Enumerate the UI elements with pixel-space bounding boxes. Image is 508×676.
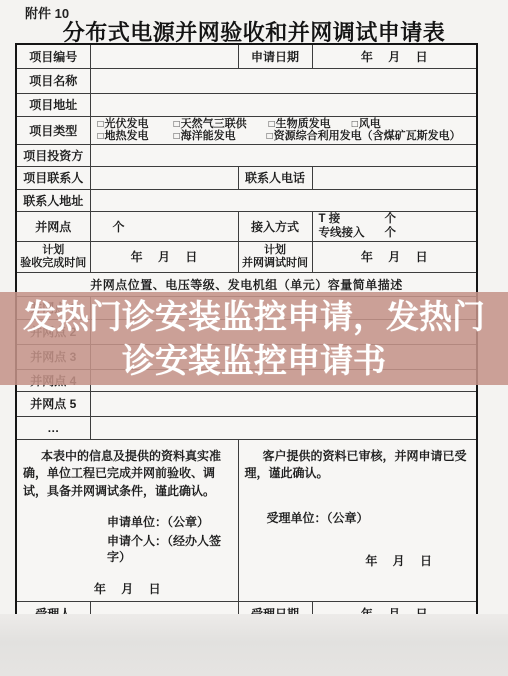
project-type-options-line2: □地热发电 □海洋能发电 □资源综合利用发电（含煤矿瓦斯发电） [98,130,477,143]
access-mode-t: T 接 个 [319,212,477,226]
acceptance-confirm-cell: 客户提供的资料已审核，并网申请已受理，谨此确认。 受理单位：（公章） 年 月 日 [238,439,477,601]
project-type-options-line1: □光伏发电 □天然气三联供 □生物质发电 □风电 [98,118,477,131]
table-row: 并网点 个 接入方式 T 接 个 专线接入 个 [16,211,477,241]
project-type-option: □风电 [352,118,381,131]
watermark-banner: 发热门诊安装监控申请，发热门诊安装监控申请书 [0,292,508,385]
acceptance-sign-date: 年 月 日 [245,552,471,569]
access-mode-label: 接入方式 [238,211,312,241]
table-row: … [16,416,477,439]
grid-point-more-value-cell [90,416,477,439]
acceptance-confirm-text: 客户提供的资料已审核，并网申请已受理，谨此确认。 [245,448,471,483]
investor-value-cell [90,144,477,166]
option-label: 地热发电 [105,130,149,142]
checkbox-icon: □ [174,131,180,142]
applicant-unit-sign: 申请单位：（公章） [107,514,232,530]
option-label: 资源综合利用发电（含煤矿瓦斯发电） [274,130,461,142]
table-row: 项目编号 申请日期 年 月 日 [16,44,477,68]
acceptance-unit-sign: 受理单位：（公章） [267,509,471,526]
contact-addr-label: 联系人地址 [16,189,90,211]
project-name-value-cell [90,68,477,93]
apply-date-label: 申请日期 [238,44,312,68]
access-line-label: 专线接入 [319,226,385,240]
grid-point-count-cell: 个 [90,211,238,241]
applicant-confirm-cell: 本表中的信息及提供的资料真实准确，单位工程已完成并网前验收、调试，具备并网调试条… [16,439,238,601]
project-name-label: 项目名称 [16,68,90,93]
plan-debug-date-value: 年 月 日 [312,241,477,272]
checkbox-icon: □ [98,119,104,130]
plan-accept-time-label: 计划 验收完成时间 [16,241,90,272]
contact-addr-value-cell [90,189,477,211]
checkbox-icon: □ [267,131,273,142]
access-mode-dedicated: 专线接入 个 [319,226,477,240]
checkbox-icon: □ [98,131,104,142]
scanned-document-page: 附件 10 分布式电源并网验收和并网调试申请表 项目编号 申请日期 年 月 日 … [0,0,508,676]
grid-point-label: 并网点 [16,211,90,241]
project-addr-label: 项目地址 [16,93,90,116]
table-row: 联系人地址 [16,189,477,211]
grid-point-more-label: … [16,416,90,439]
grid-point-5-value-cell [90,391,477,416]
project-type-options-cell: □光伏发电 □天然气三联供 □生物质发电 □风电 □地热发电 □海洋能发电 □资… [90,116,477,144]
contact-phone-value-cell [312,166,477,189]
checkbox-icon: □ [352,119,358,130]
contact-label: 项目联系人 [16,166,90,189]
grid-point-5-label: 并网点 5 [16,391,90,416]
project-type-option: □资源综合利用发电（含煤矿瓦斯发电） [267,130,461,143]
option-label: 生物质发电 [276,118,331,130]
access-t-label: T 接 [319,212,385,226]
watermark-text: 发热门诊安装监控申请，发热门诊安装监控申请书 [12,295,496,382]
applicant-confirm-text: 本表中的信息及提供的资料真实准确，单位工程已完成并网前验收、调试，具备并网调试条… [23,448,232,500]
option-label: 天然气三联供 [181,118,247,130]
table-row: 项目类型 □光伏发电 □天然气三联供 □生物质发电 □风电 □地热发电 □海洋能… [16,116,477,144]
table-row: 计划 验收完成时间 年 月 日 计划 并网调试时间 年 月 日 [16,241,477,272]
table-row: 本表中的信息及提供的资料真实准确，单位工程已完成并网前验收、调试，具备并网调试条… [16,439,477,601]
plan-debug-time-label: 计划 并网调试时间 [238,241,312,272]
project-addr-value-cell [90,93,477,116]
table-row: 项目联系人 联系人电话 [16,166,477,189]
option-label: 光伏发电 [105,118,149,130]
project-type-option: □生物质发电 [269,118,349,131]
table-row: 并网点 5 [16,391,477,416]
plan-accept-date-value: 年 月 日 [90,241,238,272]
checkbox-icon: □ [174,119,180,130]
project-type-label: 项目类型 [16,116,90,144]
access-t-unit: 个 [385,212,397,226]
applicant-sign-date: 年 月 日 [23,580,232,597]
table-row: 项目名称 [16,68,477,93]
project-type-option: □天然气三联供 [174,118,266,131]
option-label: 海洋能发电 [181,130,236,142]
applicant-person-sign: 申请个人：（经办人签字） [107,533,232,565]
scan-background-bottom [0,614,508,676]
table-row: 项目投资方 [16,144,477,166]
project-type-option: □海洋能发电 [174,130,264,143]
table-row: 项目地址 [16,93,477,116]
project-type-option: □地热发电 [98,130,171,143]
project-no-value-cell [90,44,238,68]
contact-phone-label: 联系人电话 [238,166,312,189]
option-label: 风电 [359,118,381,130]
checkbox-icon: □ [269,119,275,130]
project-type-option: □光伏发电 [98,118,171,131]
project-no-label: 项目编号 [16,44,90,68]
contact-value-cell [90,166,238,189]
access-mode-value-cell: T 接 个 专线接入 个 [312,211,477,241]
apply-date-value: 年 月 日 [312,44,477,68]
investor-label: 项目投资方 [16,144,90,166]
access-line-unit: 个 [385,226,397,240]
